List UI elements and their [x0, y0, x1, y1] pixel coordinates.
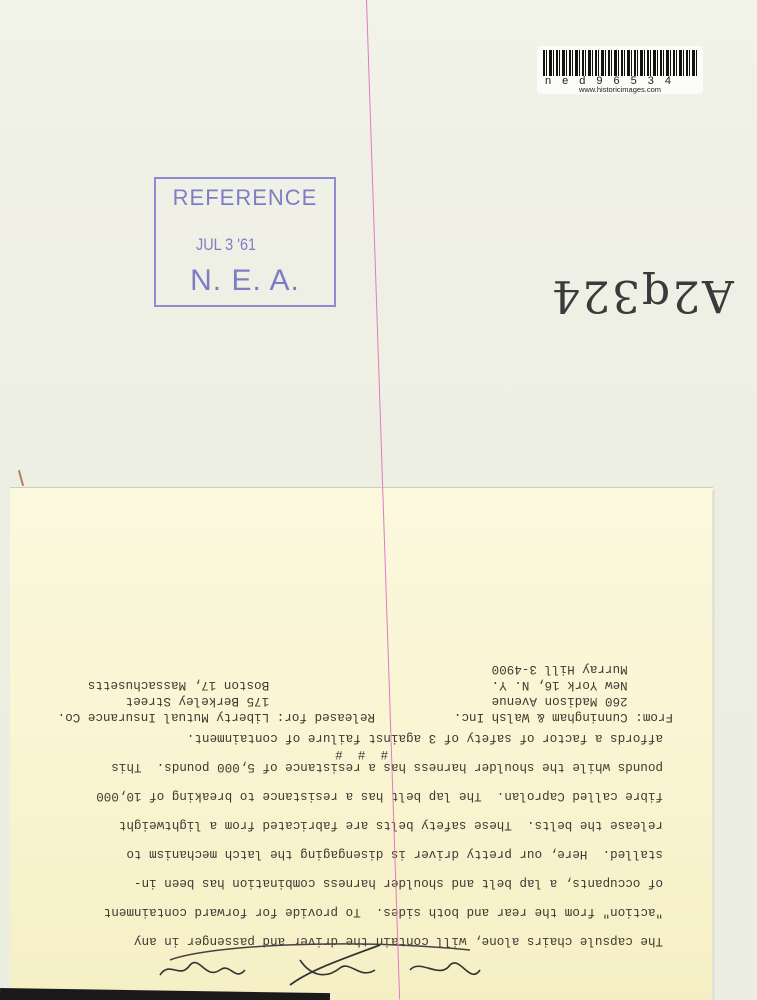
from-block: From: Cunningham & Walsh Inc. 260 Madiso…	[454, 661, 673, 725]
from-phone: Murray Hill 3-4900	[454, 661, 673, 677]
photo-back: ned96534 www.historicimages.com REFERENC…	[0, 0, 757, 1000]
stamp-date: JUL 3 '61	[196, 235, 256, 255]
released-address-2: Boston 17, Massachusetts	[58, 677, 375, 693]
released-for-block: Released for: Liberty Mutual Insurance C…	[58, 677, 375, 725]
caption-line: "action" from the rear and both sides. T…	[63, 897, 663, 926]
from-address-2: New York 16, N. Y.	[454, 677, 673, 693]
caption-line: fibre called Caprolan. The lap belt has …	[63, 781, 663, 810]
from-label: From: Cunningham & Walsh Inc.	[454, 709, 673, 725]
stamp-org: N. E. A.	[156, 264, 334, 298]
barcode-bars	[543, 50, 697, 76]
caption-line: of occupants, a lap belt and shoulder ha…	[63, 868, 663, 897]
end-marks: # # #	[10, 739, 713, 768]
signature	[150, 940, 570, 990]
caption-line: stalled. Here, our pretty driver is dise…	[63, 839, 663, 868]
pencil-mark	[18, 470, 24, 486]
released-address-1: 175 Berkeley Street	[58, 693, 375, 709]
reference-stamp: REFERENCE JUL 3 '61 N. E. A.	[154, 177, 336, 307]
caption-line: release the belts. These safety belts ar…	[63, 810, 663, 839]
barcode-label: ned96534 www.historicimages.com	[537, 46, 703, 94]
barcode-url: www.historicimages.com	[537, 85, 703, 94]
typed-caption: The capsule chairs alone, will contain t…	[10, 487, 713, 1000]
released-label: Released for: Liberty Mutual Insurance C…	[58, 709, 375, 725]
from-address-1: 260 Madison Avenue	[454, 693, 673, 709]
handwritten-archive-number: A2q324	[550, 270, 734, 321]
stamp-title: REFERENCE	[156, 185, 334, 211]
